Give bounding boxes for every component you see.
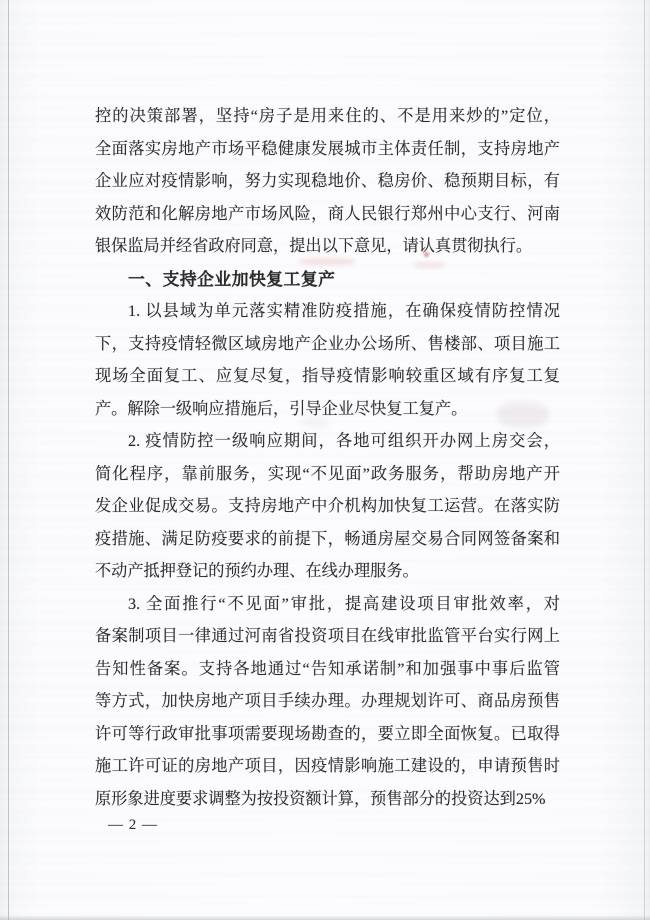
document-line: 2. 疫情防控一级响应期间，各地可组织开办网上房交会， xyxy=(95,425,560,458)
page-right-edge xyxy=(644,0,645,920)
document-line: 全面落实房地产市场平稳健康发展城市主体责任制，支持房地产 xyxy=(95,133,560,166)
document-line: 原形象进度要求调整为按投资额计算，预售部分的投资达到25% xyxy=(95,783,560,816)
document-line: 企业应对疫情影响，努力实现稳地价、稳房价、稳预期目标，有 xyxy=(95,165,560,198)
document-line: 备案制项目一律通过河南省投资项目在线审批监管平台实行网上 xyxy=(95,620,560,653)
document-line: 银保监局并经省政府同意，提出以下意见，请认真贯彻执行。 xyxy=(95,230,560,263)
section-heading: 一、支持企业加快复工复产 xyxy=(95,263,560,296)
page-left-edge xyxy=(8,0,9,920)
page-bottom-edge xyxy=(0,916,650,920)
document-line: 疫措施、满足防疫要求的前提下，畅通房屋交易合同网签备案和 xyxy=(95,523,560,556)
scanned-document-page: 控的决策部署，坚持“房子是用来住的、不是用来炒的”定位， 全面落实房地产市场平稳… xyxy=(0,0,650,920)
document-line: 施工许可证的房地产项目，因疫情影响施工建设的，申请预售时 xyxy=(95,750,560,783)
document-body: 控的决策部署，坚持“房子是用来住的、不是用来炒的”定位， 全面落实房地产市场平稳… xyxy=(95,100,560,815)
document-line: 许可等行政审批事项需要现场勘查的，要立即全面恢复。已取得 xyxy=(95,718,560,751)
page-number: — 2 — xyxy=(108,815,158,835)
document-line: 不动产抵押登记的预约办理、在线办理服务。 xyxy=(95,555,560,588)
document-line: 发企业促成交易。支持房地产中介机构加快复工运营。在落实防 xyxy=(95,490,560,523)
document-line: 控的决策部署，坚持“房子是用来住的、不是用来炒的”定位， xyxy=(95,100,560,133)
document-line: 1. 以县域为单元落实精准防疫措施，在确保疫情防控情况 xyxy=(95,295,560,328)
document-line: 告知性备案。支持各地通过“告知承诺制”和加强事中事后监管 xyxy=(95,653,560,686)
document-line: 简化程序，靠前服务，实现“不见面”政务服务，帮助房地产开 xyxy=(95,458,560,491)
document-line: 3. 全面推行“不见面”审批，提高建设项目审批效率，对 xyxy=(95,588,560,621)
document-line: 现场全面复工、应复尽复，指导疫情影响较重区域有序复工复 xyxy=(95,360,560,393)
document-line: 下，支持疫情轻微区域房地产企业办公场所、售楼部、项目施工 xyxy=(95,328,560,361)
document-line: 效防范和化解房地产市场风险，商人民银行郑州中心支行、河南 xyxy=(95,198,560,231)
document-line: 等方式，加快房地产项目手续办理。办理规划许可、商品房预售 xyxy=(95,685,560,718)
document-line: 产。解除一级响应措施后，引导企业尽快复工复产。 xyxy=(95,393,560,426)
